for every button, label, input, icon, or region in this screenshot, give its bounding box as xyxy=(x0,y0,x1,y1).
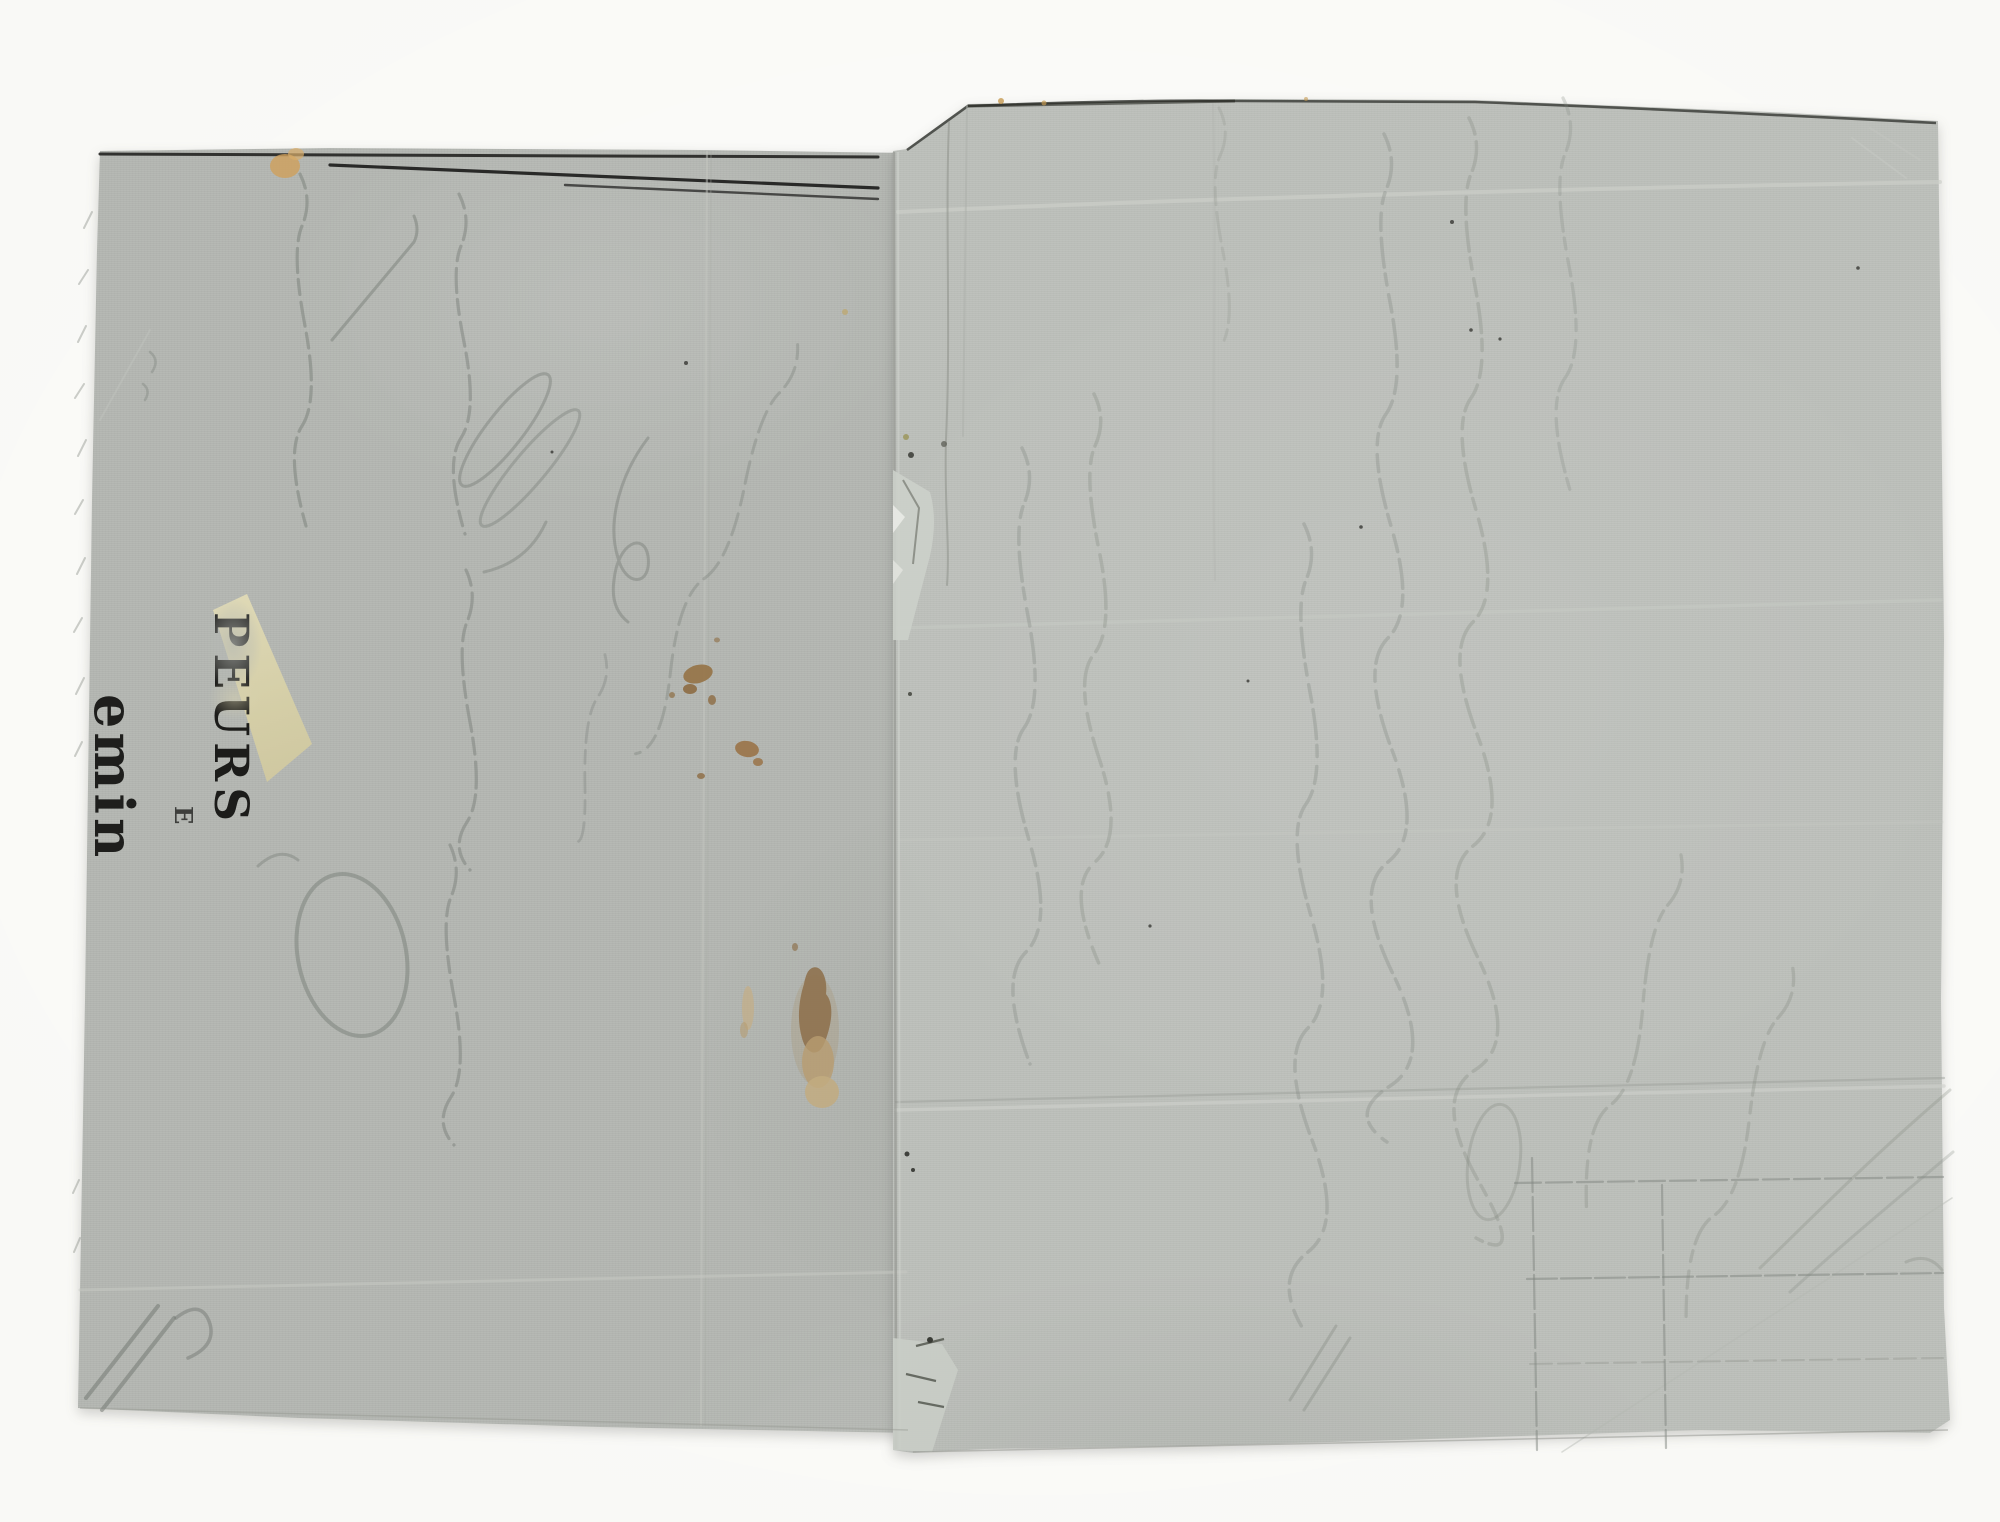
printed-fragment-e: E xyxy=(169,806,198,826)
right-leaf-shadow xyxy=(0,0,2000,1522)
right-leaf-paper xyxy=(0,0,2000,1522)
printed-fragment-chemin: emin xyxy=(82,694,146,861)
scanned-letter-verso: PEURS E emin xyxy=(0,0,2000,1522)
printed-fragment-vapeurs: PEURS xyxy=(203,612,258,827)
